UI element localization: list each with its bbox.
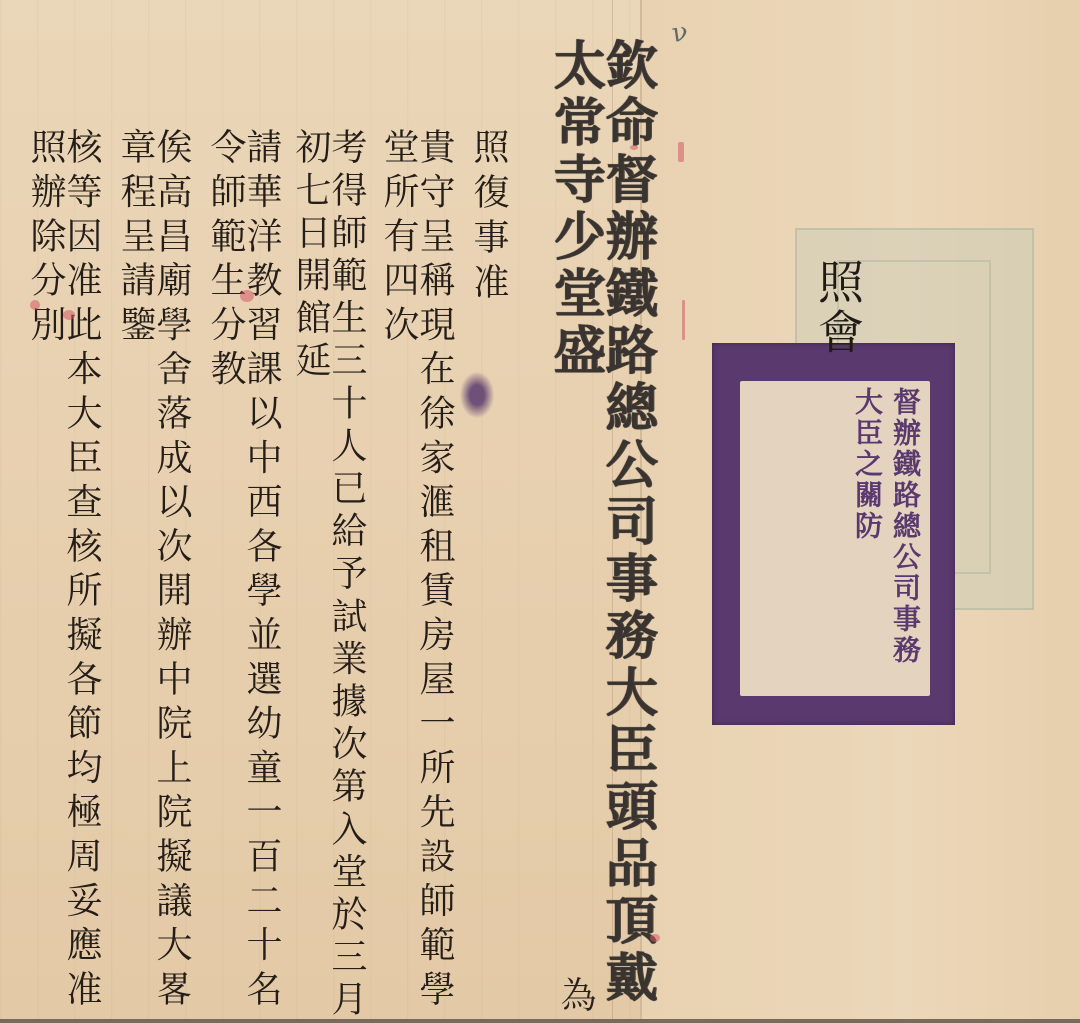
body-column-4: 請華洋教習課以中西各學並選幼童一百二十名令師範生分教 xyxy=(207,128,279,1023)
header-line: 欽命督辦鐵路總公司事務大臣頭品頂戴太常寺少堂盛 xyxy=(548,38,652,1023)
seal-field: 督辦鐵路總公司事務大臣之關防 xyxy=(740,381,930,696)
ink-blot xyxy=(460,372,494,418)
red-ink-mark xyxy=(650,934,660,942)
body-column-5: 俟高昌廟學舍落成以次開辦中院上院擬議大畧章程呈請鑒 xyxy=(117,128,189,1023)
header-suffix: 為 xyxy=(557,976,593,1021)
body-column-6: 核等因准此本大臣查核所擬各節均極周妥應准照辦除分別 xyxy=(27,128,99,1023)
red-ink-mark xyxy=(30,300,40,310)
red-ink-mark xyxy=(678,142,684,162)
body-column-3: 考得師範生三十人已給予試業據次第入堂於三月初七日開館延 xyxy=(292,128,364,1023)
red-ink-mark xyxy=(630,145,638,150)
red-ink-mark xyxy=(63,310,75,320)
seal-text: 督辦鐵路總公司事務大臣之關防 xyxy=(848,387,924,687)
body-column-1: 照復事准 xyxy=(470,128,506,308)
document-type-title: 照會 xyxy=(815,258,861,358)
body-column-2: 貴守呈稱現在徐家滙租賃房屋一所先設師範學堂所有四次 xyxy=(380,128,452,1023)
red-ink-mark xyxy=(682,300,685,340)
red-ink-mark xyxy=(240,290,254,302)
page-bottom-edge xyxy=(0,1019,1080,1023)
official-seal: 督辦鐵路總公司事務大臣之關防 xyxy=(712,343,955,725)
